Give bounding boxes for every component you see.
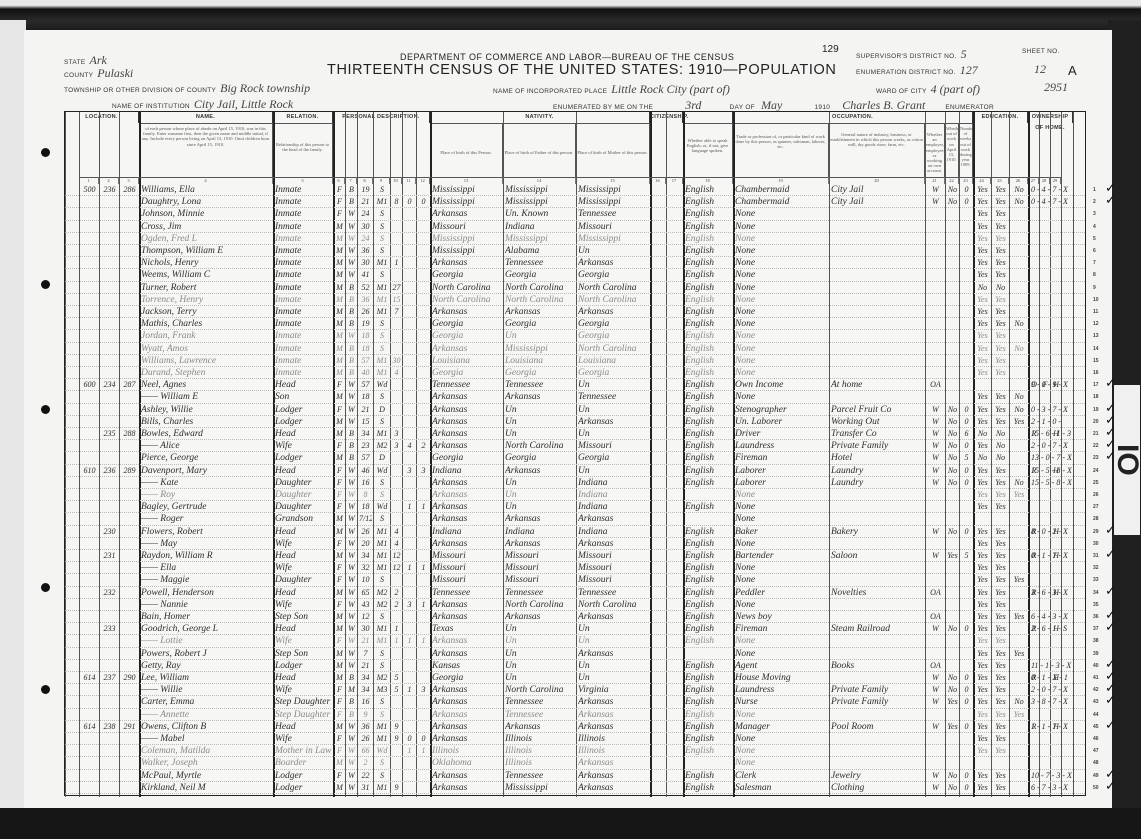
cell-color: B [347,294,356,306]
enumerator-name: Charles B. Grant [842,98,925,112]
punch-hole-icon [41,583,50,592]
cell-oow: No [947,184,958,196]
cell-bm: Virginia [578,684,649,696]
cell-relation: Daughter [275,501,332,513]
cell-trade: None [735,208,828,220]
cell-oow: No [947,770,958,782]
table-row: Turner, RobertInmateMB52M127North Caroli… [65,282,1085,294]
cell-wks: 0 [961,696,972,708]
cell-bm: Arkansas [578,257,649,269]
cell-emp: W [927,782,944,794]
cell-marital: S [375,391,389,403]
cell-name: —— Ella [141,562,272,574]
cell-industry: Novelties [831,587,924,599]
cell-sex: M [335,782,344,794]
column-number: 13 [430,177,503,184]
line-number: 5 [1093,236,1096,242]
cell-name: —— Alice [141,440,272,452]
cell-wr: Yes [993,404,1008,416]
cell-trade: None [735,245,828,257]
cell-trade: None [735,306,828,318]
table-row: —— LottieWifeFW21M1111ArkansasUnUnEnglis… [65,635,1085,647]
cell-bm: Illinois [578,733,649,745]
column-number: 4 [139,177,273,184]
cell-name: —— Roy [141,489,272,501]
cell-yrs: 1 [392,623,401,635]
header-birth-mother: Place of birth of Mother of this person. [576,123,650,177]
cell-tally-code: 2 - 0 - 7 - X [1031,684,1089,696]
cell-tally-code: 0 - 1 - X - 1 [1031,672,1089,684]
cell-age: 23 [359,440,372,452]
cell-marital: M1 [375,428,389,440]
cell-lang: English [685,294,732,306]
column-number: 16 [650,177,666,184]
cell-color: B [347,306,356,318]
table-row: Cross, JimInmateMW30SMissouriIndianaMiss… [65,221,1085,233]
cell-relation: Lodger [275,770,332,782]
cell-wr: Yes [993,294,1008,306]
cell-born: 0 [404,733,415,745]
cell-relation: Inmate [275,330,332,342]
department-heading: DEPARTMENT OF COMMERCE AND LABOR—BUREAU … [400,52,734,62]
cell-name: —— May [141,538,272,550]
cell-relation: Step Daughter [275,696,332,708]
cell-trade: None [735,745,828,757]
column-number: 15 [576,177,650,184]
cell-color: W [347,233,356,245]
line-number: 37 [1093,626,1099,632]
cell-trade: None [735,599,828,611]
table-row: 610236289Davenport, MaryHeadFW46Wd33Indi… [65,465,1085,477]
cell-oow: No [947,684,958,696]
cell-trade: None [735,233,828,245]
cell-age: 65 [359,587,372,599]
scan-border-top [0,0,1141,30]
cell-wr: Yes [993,416,1008,428]
cell-lang: English [685,611,732,623]
checkmark-icon: ✓ [1105,584,1116,599]
scan-border-left [0,20,26,820]
cell-rd: Yes [975,269,990,281]
cell-rd: Yes [975,721,990,733]
cell-lang: English [685,770,732,782]
cell-bm: Un [578,428,649,440]
cell-bp: Illinois [432,745,502,757]
cell-wr: Yes [993,306,1008,318]
sheet-number-field: SHEET NO. [1022,48,1060,55]
header-relation: Relationship of this person to the head … [273,123,333,177]
cell-color: M [347,684,356,696]
table-row: Jordan, FrankInmateMW18SGeorgiaUnGeorgia… [65,330,1085,342]
cell-tally-code: 0 - 3 - 7 - X [1031,404,1089,416]
cell-bm: Arkansas [578,709,649,721]
cell-marital: S [375,660,389,672]
cell-living: 1 [418,635,429,647]
cell-yrs: 4 [392,526,401,538]
cell-wks: 5 [961,550,972,562]
cell-lang: English [685,379,732,391]
cell-color: W [347,416,356,428]
cell-color: B [347,282,356,294]
cell-rd: Yes [975,733,990,745]
cell-bf: Arkansas [505,611,575,623]
cell-bf: North Carolina [505,440,575,452]
cell-relation: Inmate [275,208,332,220]
cell-emp: OA [927,587,944,599]
cell-age: 57 [359,355,372,367]
cell-bf: Mississippi [505,196,575,208]
cell-living: 1 [418,562,429,574]
cell-relation: Lodger [275,452,332,464]
cell-bm: Arkansas [578,306,649,318]
cell-marital: S [375,416,389,428]
cell-yrs: 8 [392,196,401,208]
cell-wks: 6 [961,428,972,440]
cell-rd: Yes [975,245,990,257]
cell-wr: Yes [993,269,1008,281]
cell-sch: No [1011,404,1027,416]
cell-bm: Arkansas [578,770,649,782]
cell-age: 21 [359,196,372,208]
punch-hole-icon [41,148,50,157]
cell-age: 22 [359,770,372,782]
cell-relation: Daughter [275,574,332,586]
cell-lang: English [685,343,732,355]
cell-relation: Son [275,391,332,403]
cell-sch: No [1011,343,1027,355]
cell-trade: Un. Laborer [735,416,828,428]
cell-tally-code: 2 - 1 - 0 - [1031,416,1089,428]
cell-relation: Boarder [275,757,332,769]
cell-rd: Yes [975,709,990,721]
cell-industry: Private Family [831,684,924,696]
cell-age: 46 [359,465,372,477]
cell-bm: Indiana [578,501,649,513]
table-row: —— KateDaughterFW16SArkansasUnIndianaEng… [65,477,1085,489]
table-row: —— NannieWifeFW43M2231ArkansasNorth Caro… [65,599,1085,611]
cell-color: W [347,782,356,794]
cell-bm: Missouri [578,562,649,574]
cell-sex: M [335,269,344,281]
header-industry: General nature of industry, business, or… [829,123,925,177]
enumerated-day: 3rd [685,98,701,112]
cell-bf: Un [505,672,575,684]
cell-bf: North Carolina [505,282,575,294]
column-number: 5 [273,177,333,184]
cell-marital: Wd [375,465,389,477]
cell-emp: W [927,404,944,416]
cell-bm: North Carolina [578,599,649,611]
column-number: 20 [829,177,925,184]
cell-rd: Yes [975,208,990,220]
cell-lang: English [685,672,732,684]
cell-color: W [347,648,356,660]
cell-relation: Head [275,428,332,440]
cell-bf: Un [505,477,575,489]
cell-color: W [347,562,356,574]
cell-color: B [347,196,356,208]
cell-sch: Yes [1011,574,1027,586]
table-row: Bills, CharlesLodgerMW15SArkansasUnArkan… [65,416,1085,428]
line-number: 26 [1093,492,1099,498]
cell-name: Davenport, Mary [141,465,272,477]
header-birth-person: Place of birth of this Person. [430,123,503,177]
cell-marital: S [375,221,389,233]
cell-bp: Arkansas [432,721,502,733]
line-number: 31 [1093,553,1099,559]
group-language [683,112,733,123]
line-number: 49 [1093,773,1099,779]
cell-sex: F [335,465,344,477]
cell-lang: English [685,391,732,403]
cell-relation: Wife [275,538,332,550]
group-location: LOCATION. [65,112,139,123]
cell-sex: M [335,672,344,684]
cell-bf: Missouri [505,574,575,586]
cell-name: Owens, Clifton B [141,721,272,733]
cell-relation: Inmate [275,367,332,379]
cell-relation: Lodger [275,416,332,428]
cell-sex: M [335,391,344,403]
cell-marital: S [375,245,389,257]
cell-tally-code: 2 - 0 - 7 - X [1031,440,1089,452]
cell-age: 9 [359,709,372,721]
cell-relation: Head [275,672,332,684]
cell-trade: Manager [735,721,828,733]
cell-age: 24 [359,208,372,220]
cell-wks: 0 [961,465,972,477]
cell-sex: M [335,428,344,440]
cell-bf: Un [505,489,575,501]
cell-relation: Wife [275,599,332,611]
cell-color: W [347,465,356,477]
cell-wr: Yes [993,465,1008,477]
cell-industry: Laundry [831,465,924,477]
cell-trade: None [735,391,828,403]
cell-lang: English [685,550,732,562]
cell-name: Carter, Emma [141,696,272,708]
cell-industry: Clothing [831,782,924,794]
cell-emp: W [927,672,944,684]
cell-yrs: 27 [392,282,401,294]
cell-wr: Yes [993,709,1008,721]
cell-yrs: 9 [392,782,401,794]
cell-sch: No [1011,477,1027,489]
cell-marital: M2 [375,440,389,452]
cell-relation: Inmate [275,318,332,330]
cell-yrs: 1 [392,257,401,269]
cell-sex: F [335,379,344,391]
cell-yrs: 5 [392,672,401,684]
cell-marital: M2 [375,672,389,684]
cell-name: Williams, Ella [141,184,272,196]
table-row: Daughtry, LonaInmateFB21M1800Mississippi… [65,196,1085,208]
cell-trade: None [735,282,828,294]
cell-bf: Arkansas [505,391,575,403]
cell-wks: 5 [961,452,972,464]
cell-tally-code: 15 - 5 - 8 - X [1031,465,1089,477]
cell-bf: Louisiana [505,355,575,367]
cell-marital: S [375,233,389,245]
cell-yrs: 15 [392,294,401,306]
cell-rd: Yes [975,538,990,550]
cell-bp: Georgia [432,672,502,684]
cell-lang: English [685,416,732,428]
cell-sex: M [335,513,344,525]
cell-sex: M [335,233,344,245]
cell-age: 34 [359,428,372,440]
cell-color: W [347,757,356,769]
cell-lang: English [685,635,732,647]
cell-family: 288 [121,428,138,440]
cell-wr: Yes [993,233,1008,245]
cell-lang: English [685,208,732,220]
cell-bp: Mississippi [432,184,502,196]
cell-trade: Laborer [735,465,828,477]
cell-sex: F [335,684,344,696]
cell-age: 20 [359,538,372,550]
cell-marital: S [375,343,389,355]
cell-color: W [347,538,356,550]
supervisor-district-field: SUPERVISOR'S DISTRICT NO.5 [856,47,967,62]
cell-rd: Yes [975,635,990,647]
table-row: 232Powell, HendersonHeadMW65M22Tennessee… [65,587,1085,599]
cell-wks: 0 [961,782,972,794]
column-number: 14 [503,177,576,184]
cell-color: W [347,574,356,586]
cell-wr: No [993,440,1008,452]
cell-age: 10 [359,574,372,586]
cell-bf: Georgia [505,452,575,464]
cell-bp: Georgia [432,367,502,379]
cell-age: 57 [359,452,372,464]
line-number: 4 [1093,224,1096,230]
cell-color: W [347,611,356,623]
line-number: 35 [1093,602,1099,608]
cell-born: 3 [404,465,415,477]
cell-dwelling: 233 [101,623,118,635]
cell-bp: Tennessee [432,379,502,391]
cell-rd: Yes [975,294,990,306]
cell-tally-code: 11 - 1 - 3 - X [1031,660,1089,672]
line-number: 21 [1093,431,1099,437]
census-title: THIRTEENTH CENSUS OF THE UNITED STATES: … [327,62,836,78]
cell-lang: English [685,526,732,538]
cell-bp: Arkansas [432,208,502,220]
cell-color: B [347,343,356,355]
cell-lang: English [685,355,732,367]
cell-house: 600 [81,379,98,391]
cell-rd: Yes [975,391,990,403]
table-row: Getty, RayLodgerMW21SKansasUnUnEnglishAg… [65,660,1085,672]
cell-bf: Arkansas [505,465,575,477]
cell-yrs: 4 [392,538,401,550]
cell-rd: Yes [975,306,990,318]
cell-age: 26 [359,306,372,318]
group-occupation: OCCUPATION. [733,112,973,123]
cell-name: Mathis, Charles [141,318,272,330]
cell-color: B [347,318,356,330]
cell-name: Durand, Stephen [141,367,272,379]
cell-color: W [347,208,356,220]
cell-sex: F [335,477,344,489]
cell-bp: Indiana [432,465,502,477]
county-field: COUNTYPulaski [64,66,133,81]
cell-industry: City Jail [831,184,924,196]
cell-yrs: 30 [392,355,401,367]
cell-tally-code: 1 - 1 - 7 - X [1031,721,1089,733]
cell-relation: Head [275,587,332,599]
cell-color: W [347,221,356,233]
cell-sex: F [335,562,344,574]
cell-bp: Arkansas [432,696,502,708]
cell-yrs: 3 [392,428,401,440]
cell-bm: Arkansas [578,538,649,550]
cell-age: 18 [359,330,372,342]
cell-rd: Yes [975,526,990,538]
cell-bp: Tennessee [432,587,502,599]
cell-sex: F [335,635,344,647]
cell-wr: Yes [993,562,1008,574]
cell-oow: No [947,623,958,635]
cell-bp: Arkansas [432,770,502,782]
cell-marital: Wd [375,501,389,513]
cell-tally-code: 0 - 1 - 7 - X [1031,550,1089,562]
cell-tally-code: 0 - 4 - 7 - X [1031,196,1089,208]
cell-color: B [347,355,356,367]
cell-color: B [347,184,356,196]
cell-wr: No [993,452,1008,464]
cell-bp: Arkansas [432,684,502,696]
table-row: Powers, Robert JStep SonMW7SArkansasUnAr… [65,648,1085,660]
cell-sch: No [1011,696,1027,708]
cell-trade: Driver [735,428,828,440]
cell-lang: English [685,367,732,379]
cell-bp: Arkansas [432,489,502,501]
cell-name: Goodrich, George L [141,623,272,635]
cell-trade: None [735,355,828,367]
cell-bm: Georgia [578,330,649,342]
cell-bm: Mississippi [578,196,649,208]
cell-wr: Yes [993,550,1008,562]
cell-bp: Arkansas [432,257,502,269]
cell-emp: W [927,465,944,477]
cell-industry: City Jail [831,196,924,208]
table-row: 235288Bowles, EdwardHeadMB34M13ArkansasU… [65,428,1085,440]
cell-lang: English [685,440,732,452]
cell-bp: Arkansas [432,306,502,318]
cell-wr: Yes [993,355,1008,367]
cell-sex: F [335,733,344,745]
cell-rd: Yes [975,330,990,342]
cell-age: 30 [359,221,372,233]
group-education: EDUCATION. [973,112,1028,123]
cell-bp: Arkansas [432,782,502,794]
column-number: 22 [945,177,959,184]
cell-marital: S [375,574,389,586]
checkmark-icon: ✓ [1105,547,1116,562]
cell-dwelling: 238 [101,721,118,733]
cell-age: 18 [359,501,372,513]
cell-relation: Head [275,465,332,477]
cell-relation: Wife [275,635,332,647]
cell-marital: S [375,489,389,501]
cell-bm: North Carolina [578,294,649,306]
cell-wr: Yes [993,782,1008,794]
cell-color: W [347,526,356,538]
cell-bp: Kansas [432,660,502,672]
table-row: Johnson, MinnieInmateFW24SArkansasUn. Kn… [65,208,1085,220]
